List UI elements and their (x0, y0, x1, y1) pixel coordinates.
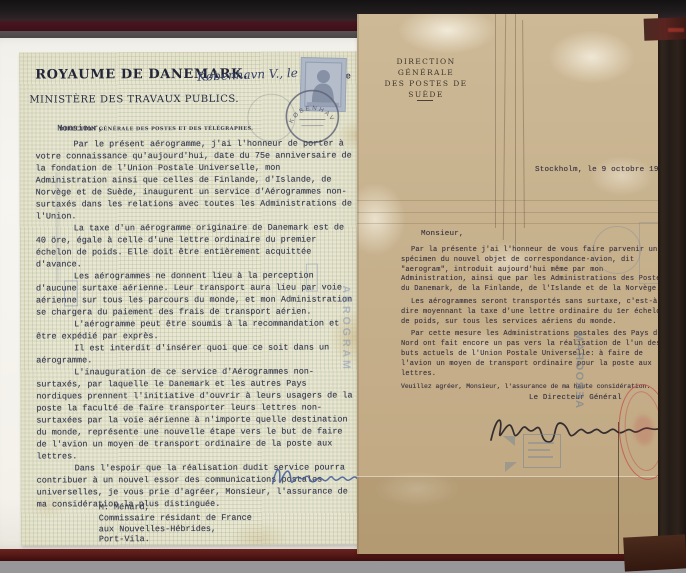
letterhead-rule (417, 100, 433, 101)
recipient-name: M. Ménard, (99, 502, 252, 513)
margin-showthrough (56, 172, 59, 282)
sweden-dateline: Stockholm, le 9 octobre 1949. (535, 166, 658, 176)
showthrough-arrow-icon (503, 436, 515, 446)
denmark-letterhead-ministry: MINISTÈRE DES TRAVAUX PUBLICS. (29, 94, 239, 106)
denmark-paragraph: Par le présent aérogramme, j'ai l'honneu… (35, 137, 353, 222)
photo-of-album-page: ROYAUME DE DANEMARK. MINISTÈRE DES TRAVA… (0, 0, 686, 573)
handwritten-place: København V., le (197, 66, 298, 84)
sweden-paragraph: Les aérogrammes seront transportés sans … (401, 298, 658, 327)
recipient-address: M. Ménard, Commissaire résidant de Franc… (99, 502, 252, 546)
showthrough-postmark (593, 226, 641, 274)
paper-crease (495, 14, 496, 228)
sweden-aerogramme-letter: DIRECTION GÉNÉRALE DES POSTES DE SUÈDE S… (357, 14, 658, 554)
paper-fold-line (357, 200, 658, 201)
binding-red-mark (668, 28, 684, 32)
sweden-valediction: Veuillez agréer, Monsieur, l'assurance d… (401, 382, 650, 392)
paper-crease (522, 20, 525, 228)
showthrough-arrow-icon (505, 462, 517, 472)
recipient-city: Port-Vila. (99, 534, 252, 545)
bottom-fold-flap (357, 476, 658, 554)
showthrough-sender-box (523, 434, 561, 468)
aerogram-showthrough-right: AEROGRAM (569, 414, 585, 504)
paper-crease (503, 14, 506, 240)
denmark-paragraph: L'aérogramme peut être soumis à la recom… (36, 317, 354, 342)
recipient-title: Commissaire résidant de France (99, 513, 252, 524)
denmark-paragraph: Il est interdit d'insérer quoi que ce so… (36, 341, 354, 366)
showthrough-box (64, 280, 78, 306)
recipient-territory: aux Nouvelles-Hébrides, (99, 523, 252, 534)
paper-edge-crease (618, 422, 619, 554)
showthrough-box (306, 264, 318, 292)
binding-bottom-corner (623, 534, 686, 571)
sweden-letterhead: DIRECTION GÉNÉRALE DES POSTES DE SUÈDE (367, 56, 485, 100)
denmark-salutation: Monsieur, (57, 122, 103, 134)
denmark-aerogramme-letter: ROYAUME DE DANEMARK. MINISTÈRE DES TRAVA… (19, 51, 361, 545)
paper-fold-line (357, 212, 658, 213)
sweden-paragraph: Par cette mesure les Administrations pos… (401, 330, 658, 379)
book-binding-edge (658, 28, 686, 561)
denmark-letter-body: Par le présent aérogramme, j'ai l'honneu… (35, 137, 354, 510)
photo-bottom-background (0, 561, 686, 573)
paper-fold-line (357, 223, 658, 224)
showthrough-stamp-box (639, 222, 658, 284)
denmark-paragraph: L'inauguration de ce service d'Aérogramm… (36, 365, 354, 462)
aerogram-showthrough-left: AEROGRAM (338, 243, 352, 363)
sweden-salutation: Monsieur, (421, 230, 464, 240)
